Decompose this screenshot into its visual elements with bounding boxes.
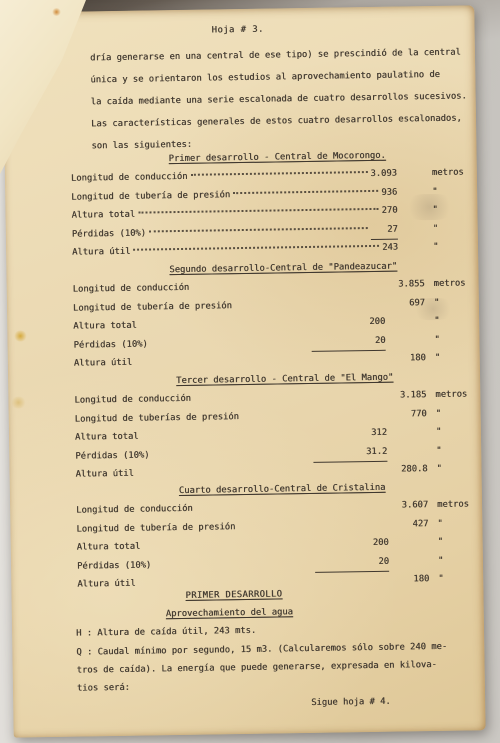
row-value-underlined: 20: [311, 331, 385, 352]
row-unit: ": [425, 293, 474, 312]
row-unit: metros: [426, 386, 475, 405]
row-label: Longitud de tubería de presión: [76, 518, 235, 539]
row-value: 770: [369, 405, 427, 424]
row-label: Pérdidas (10%): [73, 335, 147, 355]
dot-leader: [149, 227, 368, 232]
row-label: Longitud de conducción: [74, 390, 191, 410]
row-label: Altura total: [71, 206, 135, 225]
row-value: 3.607: [370, 497, 428, 516]
row-unit: ": [426, 348, 475, 367]
row-label: Longitud de tuberías de presión: [75, 408, 239, 429]
row-unit: ": [427, 441, 476, 460]
row-value: 312: [329, 424, 387, 443]
row-value: 697: [367, 294, 425, 313]
row-label: Altura útil: [72, 243, 131, 262]
row-unit: ": [429, 551, 478, 570]
row-unit: ": [429, 533, 478, 552]
row-value: 3.855: [367, 276, 425, 295]
row-unit: ": [423, 201, 472, 220]
row-label: Altura útil: [74, 354, 133, 373]
dot-leader: [190, 171, 367, 176]
row-label: Altura útil: [75, 465, 134, 484]
row-unit: metros: [423, 164, 472, 183]
row-value: 3.185: [368, 387, 426, 406]
row-value: 936: [381, 183, 397, 202]
row-label: Longitud de tubería de presión: [73, 297, 232, 318]
row-value: 200: [327, 313, 385, 332]
row-label: Longitud de conducción: [71, 168, 188, 188]
row-unit: metros: [428, 496, 477, 515]
document-page: Hoja # 3. dría generarse en una central …: [2, 5, 485, 737]
section-cuarto-desarrollo: Cuarto desarrollo-Central de Cristalina …: [10, 477, 484, 595]
row-value: 280.8: [369, 460, 427, 479]
row-unit: ": [424, 237, 473, 256]
intro-paragraph: dría generarse en una central de ese tip…: [90, 41, 468, 157]
row-unit: metros: [425, 275, 474, 294]
row-label: Longitud de conducción: [76, 500, 193, 520]
section-primer-desarrollo: Primer desarrollo - Central de Mocorongo…: [5, 145, 479, 263]
row-unit: ": [427, 423, 476, 442]
row-unit: ": [424, 219, 473, 238]
row-value-underlined: 27: [371, 220, 398, 240]
row-unit: ": [427, 404, 476, 423]
row-value: 427: [370, 515, 428, 534]
dot-leader: [233, 190, 378, 194]
continuation-note: Sigue hoja # 4.: [311, 691, 485, 712]
page-number: Hoja # 3.: [212, 25, 264, 36]
row-value: 180: [368, 349, 426, 368]
row-value: 270: [381, 202, 397, 221]
row-unit: ": [423, 182, 472, 201]
foxing-stain: [52, 8, 61, 16]
row-label: Altura total: [75, 428, 139, 447]
detail-block: PRIMER DESARROLLO Aprovechamiento del ag…: [11, 582, 485, 717]
row-label: Longitud de tubería de presión: [71, 186, 230, 207]
row-value: 200: [331, 534, 389, 553]
row-label: Pérdidas (10%): [77, 556, 151, 576]
row-value-underlined: 31.2: [313, 442, 387, 463]
row-label: Altura total: [73, 317, 137, 336]
section-segundo-desarrollo: Segundo desarrollo-Central de "Pandeazuc…: [6, 256, 480, 374]
scene: Hoja # 3. dría generarse en una central …: [0, 0, 500, 743]
dot-leader: [138, 208, 379, 214]
row-unit: ": [425, 312, 474, 331]
dot-leader: [133, 245, 379, 251]
row-label: Pérdidas (10%): [75, 446, 149, 466]
row-unit: ": [425, 330, 474, 349]
row-label: Pérdidas (10%): [72, 224, 146, 244]
row-label: Altura total: [77, 538, 141, 557]
row-unit: ": [427, 459, 476, 478]
row-value-underlined: 20: [315, 552, 389, 573]
row-value: 243: [382, 239, 398, 258]
row-unit: ": [428, 514, 477, 533]
section-tercer-desarrollo: Tercer desarrollo - Central de "El Mango…: [8, 367, 482, 485]
row-value: 3.093: [370, 165, 397, 184]
row-label: Longitud de conducción: [73, 279, 190, 299]
